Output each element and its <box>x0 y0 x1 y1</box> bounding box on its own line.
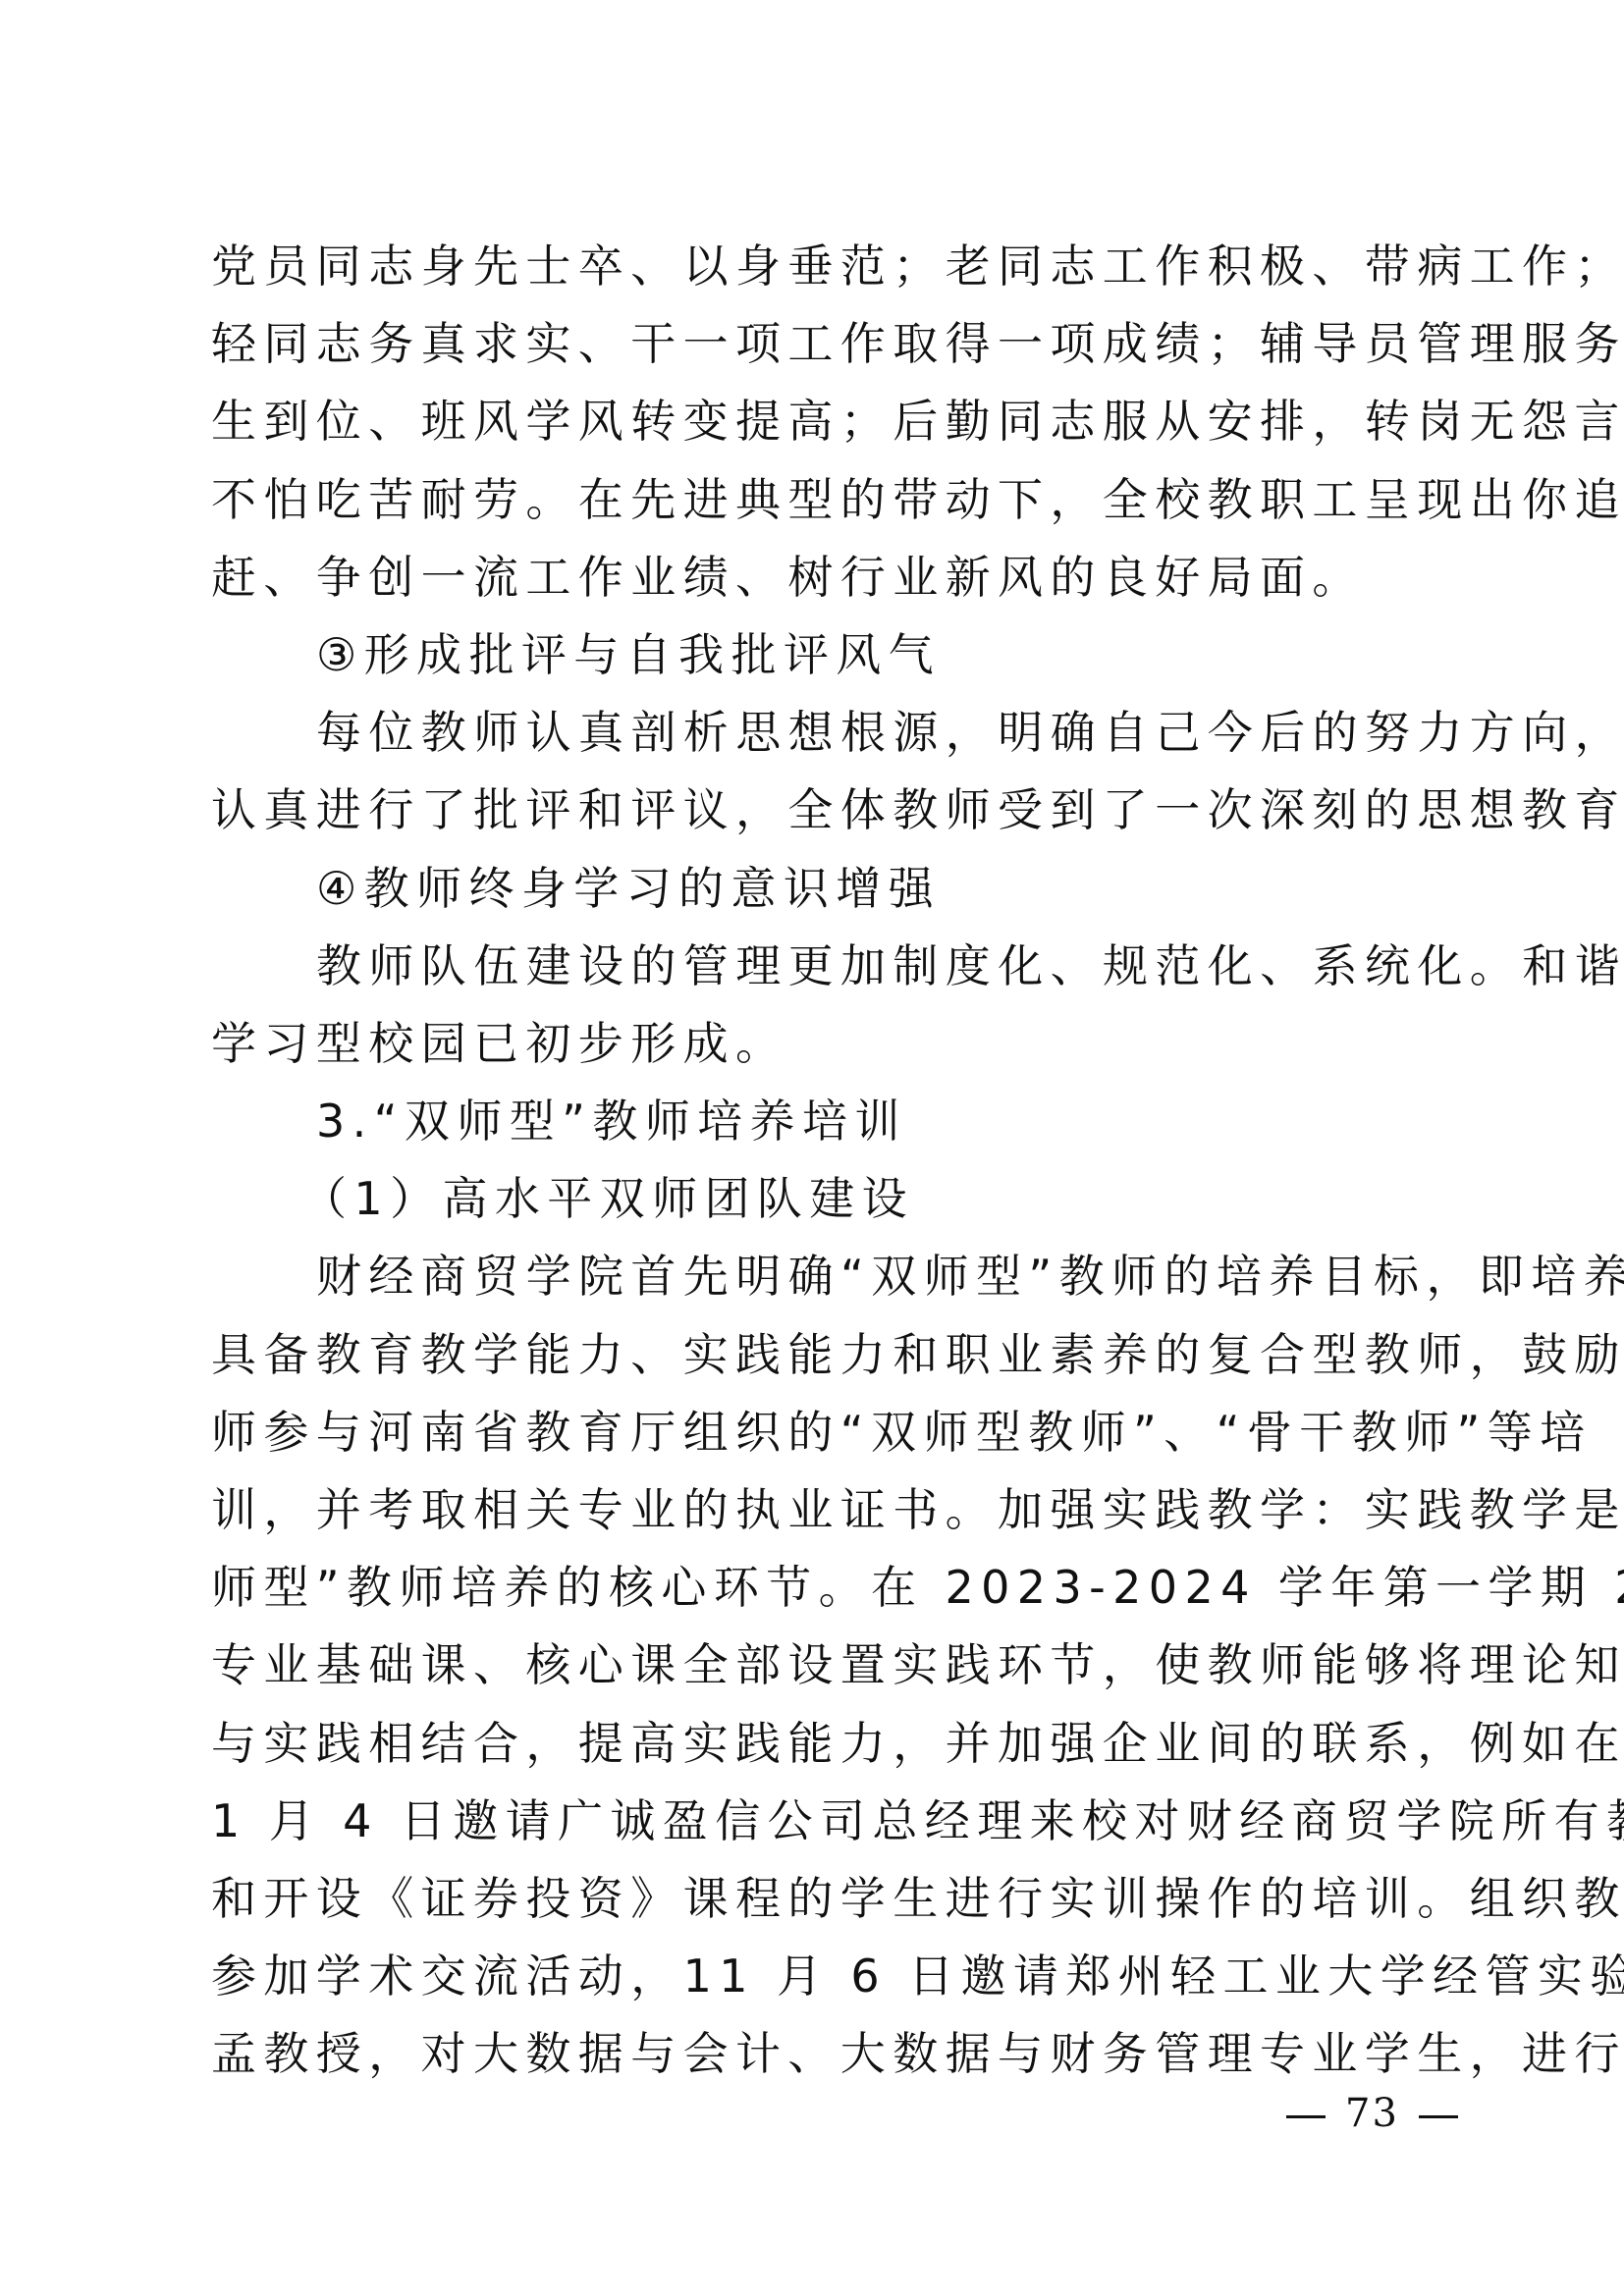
body-line-17: 训，并考取相关专业的执业证书。加强实践教学：实践教学是“双 <box>211 1471 1421 1549</box>
body-line-3: 生到位、班风学风转变提高；后勤同志服从安排，转岗无怨言， <box>211 383 1421 460</box>
page-number-dash-right <box>1419 2115 1458 2118</box>
subheading-criticism: ③形成批评与自我批评风气 <box>211 616 1421 694</box>
body-line-20: 与实践相结合，提高实践能力，并加强企业间的联系，例如在 1 <box>211 1705 1421 1783</box>
body-line-24: 孟教授，对大数据与会计、大数据与财务管理专业学生，进行《证 <box>211 2015 1421 2093</box>
subsection-heading-team-building: （1）高水平双师团队建设 <box>211 1160 1421 1238</box>
page-number: 73 <box>1267 2089 1478 2138</box>
body-line-15: 具备教育教学能力、实践能力和职业素养的复合型教师，鼓励教 <box>211 1316 1421 1394</box>
body-line-4: 不怕吃苦耐劳。在先进典型的带动下，全校教职工呈现出你追我 <box>211 461 1421 539</box>
body-line-11: 学习型校园已初步形成。 <box>211 1005 1421 1083</box>
body-line-2: 轻同志务真求实、干一项工作取得一项成绩；辅导员管理服务学 <box>211 305 1421 383</box>
subheading-lifelong-learning: ④教师终身学习的意识增强 <box>211 850 1421 928</box>
body-line-18: 师型”教师培养的核心环节。在 2023-2024 学年第一学期 22 门 <box>211 1549 1421 1627</box>
page-number-dash-left <box>1286 2115 1326 2118</box>
body-line-22: 和开设《证券投资》课程的学生进行实训操作的培训。组织教师 <box>211 1860 1421 1938</box>
body-line-1: 党员同志身先士卒、以身垂范；老同志工作积极、带病工作；年 <box>211 228 1421 305</box>
body-line-16: 师参与河南省教育厅组织的“双师型教师”、“骨干教师”等培 <box>211 1394 1421 1471</box>
page-number-value: 73 <box>1345 2091 1399 2136</box>
body-line-10: 教师队伍建设的管理更加制度化、规范化、系统化。和谐的 <box>211 928 1421 1005</box>
document-body: 党员同志身先士卒、以身垂范；老同志工作积极、带病工作；年 轻同志务真求实、干一项… <box>211 228 1421 2094</box>
body-line-14: 财经商贸学院首先明确“双师型”教师的培养目标，即培养 <box>211 1238 1421 1315</box>
body-line-7: 每位教师认真剖析思想根源，明确自己今后的努力方向，并 <box>211 694 1421 772</box>
body-line-19: 专业基础课、核心课全部设置实践环节，使教师能够将理论知识 <box>211 1627 1421 1704</box>
body-line-21: 1 月 4 日邀请广诚盈信公司总经理来校对财经商贸学院所有教师 <box>211 1783 1421 1860</box>
body-line-8: 认真进行了批评和评议，全体教师受到了一次深刻的思想教育。 <box>211 772 1421 849</box>
section-heading-dual-teacher: 3.“双师型”教师培养培训 <box>211 1083 1421 1160</box>
body-line-5: 赶、争创一流工作业绩、树行业新风的良好局面。 <box>211 539 1421 616</box>
body-line-23: 参加学术交流活动，11 月 6 日邀请郑州轻工业大学经管实验中心 <box>211 1938 1421 2015</box>
